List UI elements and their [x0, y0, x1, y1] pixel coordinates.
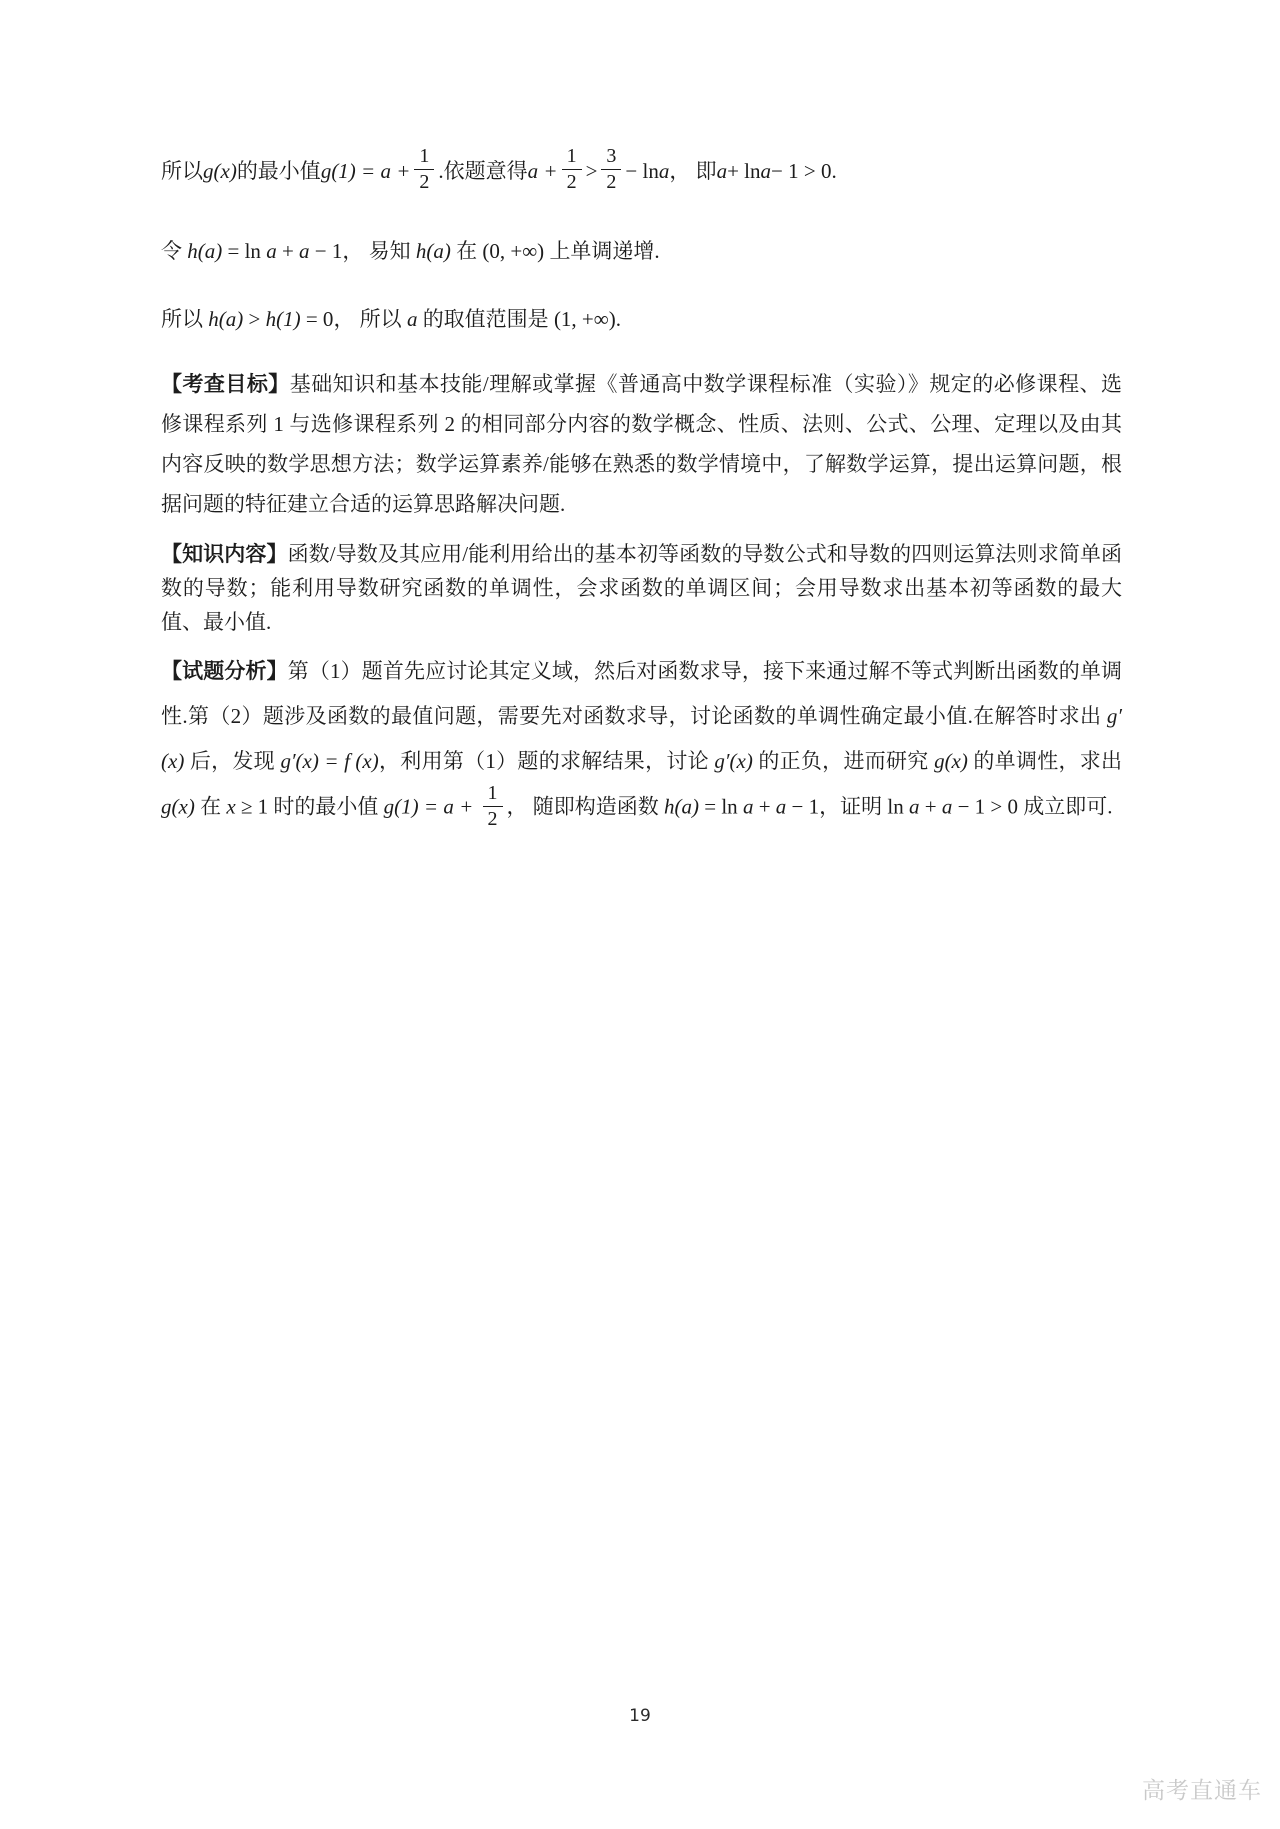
- math-upright-run: − 1: [310, 239, 343, 263]
- cjk-text-run: ，证明: [819, 794, 887, 818]
- math-upright-run: + ln: [727, 150, 760, 192]
- math-upright-run: − 1 > 0: [952, 794, 1023, 818]
- math-italic-run: a: [299, 239, 310, 263]
- solution-line-define-h: 令 h(a) = ln a + a − 1， 易知 h(a) 在 (0, +∞)…: [161, 230, 1122, 272]
- math-upright-run: >: [586, 150, 598, 192]
- math-upright-run: = ln: [222, 239, 266, 263]
- math-italic-run: g(x): [203, 150, 237, 192]
- cjk-text-run: 令: [161, 239, 187, 263]
- fraction-denominator: 2: [483, 807, 503, 831]
- exam-objectives-paragraph: 【考查目标】基础知识和基本技能/理解或掌握《普通高中数学课程标准（实验）》规定的…: [161, 364, 1122, 524]
- cjk-text-run: ， 即: [669, 150, 716, 192]
- math-upright-run: .: [616, 307, 621, 331]
- section-label: 【知识内容】: [161, 542, 288, 566]
- cjk-text-run: 所以: [161, 150, 203, 192]
- cjk-text-run: 时的最小值: [273, 794, 383, 818]
- math-upright-run: − 1 > 0.: [771, 150, 837, 192]
- cjk-text-run: 上单调递增.: [544, 239, 660, 263]
- cjk-text-run: ，利用第（1）题的求解结果，讨论: [379, 749, 715, 773]
- fraction-numerator: 1: [414, 145, 434, 170]
- math-upright-run: = 0: [301, 307, 334, 331]
- math-italic-run: g′(x) = f (x): [280, 749, 378, 773]
- cjk-text-run: 成立即可.: [1023, 794, 1112, 818]
- page-number: 19: [0, 1706, 1280, 1726]
- math-italic-run: h(a): [187, 239, 222, 263]
- math-upright-run: +: [277, 239, 299, 263]
- fraction-denominator: 2: [562, 170, 582, 194]
- math-upright-run: − 1: [786, 794, 819, 818]
- math-italic-run: a: [909, 794, 920, 818]
- math-upright-run: >: [243, 307, 265, 331]
- math-italic-run: a: [407, 307, 418, 331]
- math-italic-run: a: [266, 239, 277, 263]
- cjk-text-run: ， 随即构造函数: [507, 794, 665, 818]
- math-italic-run: a: [743, 794, 754, 818]
- watermark-text: 高考直通车: [1142, 1772, 1262, 1805]
- math-italic-run: a: [942, 794, 953, 818]
- fraction-numerator: 3: [601, 145, 621, 170]
- cjk-text-run: 基础知识和基本技能/理解或掌握《普通高中数学课程标准（实验）》规定的必修课程、选…: [161, 372, 1122, 516]
- math-upright-run: +: [919, 794, 941, 818]
- math-italic-run: h(a): [664, 794, 699, 818]
- math-italic-run: g′(x): [714, 749, 752, 773]
- cjk-text-run: 的取值范围是: [417, 307, 554, 331]
- math-italic-run: g(x): [161, 794, 195, 818]
- fraction-denominator: 2: [601, 170, 621, 194]
- math-italic-run: a: [761, 150, 772, 192]
- math-italic-run: x: [226, 794, 235, 818]
- cjk-text-run: 的最小值: [237, 150, 321, 192]
- page-content: 所以 g(x) 的最小值 g(1) = a + 12. 依题意得 a + 12 …: [161, 0, 1122, 833]
- math-italic-run: a: [776, 794, 787, 818]
- math-italic-run: a +: [528, 150, 558, 192]
- question-analysis-paragraph: 【试题分析】第（1）题首先应讨论其定义域，然后对函数求导，接下来通过解不等式判断…: [161, 649, 1122, 833]
- cjk-text-run: 的单调性，求出: [968, 749, 1122, 773]
- cjk-text-run: ， 所以: [333, 307, 407, 331]
- math-italic-run: h(a): [416, 239, 451, 263]
- math-upright-run: = ln: [699, 794, 743, 818]
- math-italic-run: h(a): [208, 307, 243, 331]
- cjk-text-run: ， 易知: [342, 239, 416, 263]
- knowledge-content-paragraph: 【知识内容】函数/导数及其应用/能利用给出的基本初等函数的导数公式和导数的四则运…: [161, 537, 1122, 639]
- cjk-text-run: 依题意得: [444, 150, 528, 192]
- cjk-text-run: 后，发现: [184, 749, 280, 773]
- math-upright-run: ≥ 1: [236, 794, 274, 818]
- math-italic-run: g(1) = a +: [384, 794, 479, 818]
- math-upright-run: − ln: [625, 150, 658, 192]
- solution-line-min-value: 所以 g(x) 的最小值 g(1) = a + 12. 依题意得 a + 12 …: [161, 126, 1122, 216]
- math-italic-run: a: [659, 150, 670, 192]
- cjk-text-run: 所以: [161, 307, 208, 331]
- fraction: 12: [483, 782, 503, 831]
- cjk-text-run: 第（1）题首先应讨论其定义域，然后对函数求导，接下来通过解不等式判断出函数的单调…: [161, 659, 1122, 728]
- math-italic-run: a: [717, 150, 728, 192]
- fraction-numerator: 1: [562, 145, 582, 170]
- document-page: 所以 g(x) 的最小值 g(1) = a + 12. 依题意得 a + 12 …: [0, 0, 1280, 1829]
- cjk-text-run: 在: [195, 794, 227, 818]
- math-italic-run: h(1): [266, 307, 301, 331]
- math-upright-run: (1, +∞): [554, 307, 616, 331]
- cjk-text-run: 函数/导数及其应用/能利用给出的基本初等函数的导数公式和导数的四则运算法则求简单…: [161, 542, 1122, 634]
- math-upright-run: ln: [887, 794, 909, 818]
- fraction: 12: [562, 145, 582, 194]
- fraction: 12: [414, 145, 434, 194]
- math-upright-run: +: [753, 794, 775, 818]
- fraction-numerator: 1: [483, 782, 503, 807]
- cjk-text-run: 在: [451, 239, 483, 263]
- cjk-text-run: 的正负，进而研究: [753, 749, 934, 773]
- math-italic-run: g(1) = a +: [321, 150, 411, 192]
- section-label: 【考查目标】: [161, 372, 290, 396]
- fraction-denominator: 2: [414, 170, 434, 194]
- fraction: 32: [601, 145, 621, 194]
- math-upright-run: (0, +∞): [482, 239, 544, 263]
- section-label: 【试题分析】: [161, 659, 288, 683]
- math-italic-run: g(x): [934, 749, 968, 773]
- solution-line-range-of-a: 所以 h(a) > h(1) = 0， 所以 a 的取值范围是 (1, +∞).: [161, 298, 1122, 340]
